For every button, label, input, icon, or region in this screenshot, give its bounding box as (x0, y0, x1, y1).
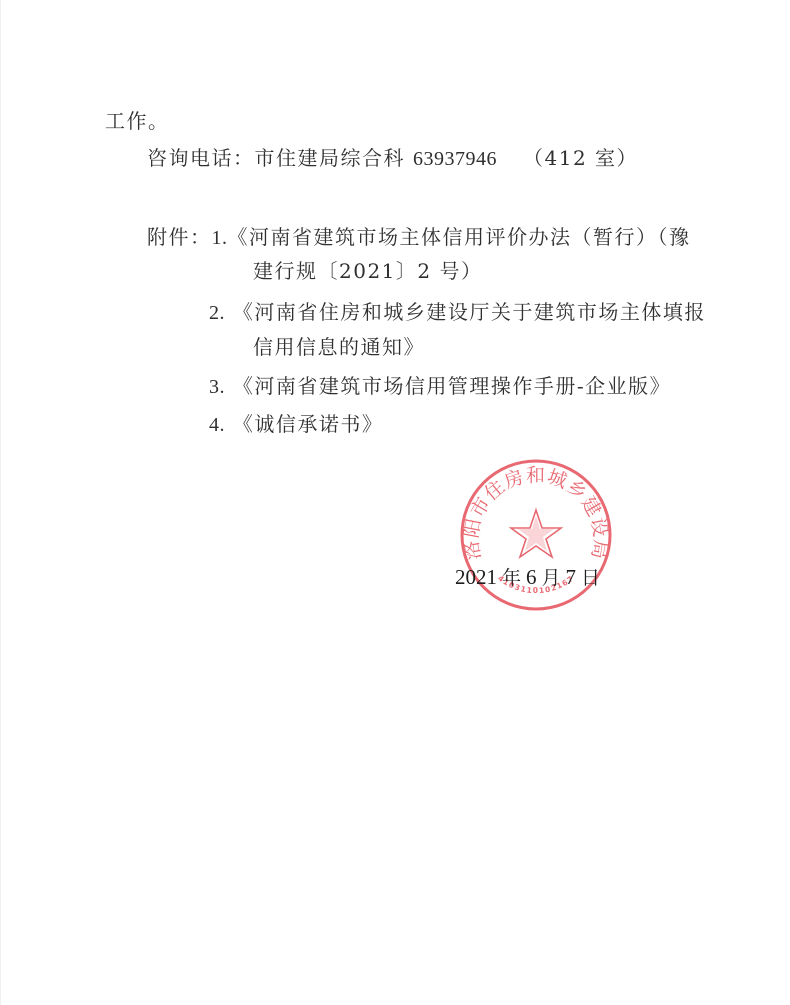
contact-phone: 63937946 (413, 148, 497, 170)
contact-line: 咨询电话：市住建局综合科63937946（412 室） (147, 146, 638, 171)
attachment-item-3: 3. 《河南省建筑市场信用管理操作手册-企业版》 (209, 374, 671, 399)
continuation-text: 工作。 (105, 109, 170, 133)
attachment-item-2: 2. 《河南省住房和城乡建设厅关于建筑市场主体填报 (209, 300, 706, 325)
attachment-title: 《河南省建筑市场主体信用评价办法（暂行）（豫 (228, 225, 691, 249)
date-day: 7 (566, 565, 577, 589)
contact-department: 市住建局综合科 (255, 146, 406, 170)
attachment-title: 《河南省建筑市场信用管理操作手册-企业版》 (233, 374, 671, 398)
document-date: 2021年6月7日 (455, 565, 605, 590)
contact-room: （412 室） (523, 146, 638, 170)
attachment-title: 《河南省住房和城乡建设厅关于建筑市场主体填报 (233, 300, 706, 324)
attachment-number: 1. (212, 227, 228, 249)
date-day-char: 日 (581, 567, 600, 589)
attachment-item-2-continued: 信用信息的通知》 (253, 335, 425, 359)
date-year: 2021 (455, 565, 497, 589)
date-year-char: 年 (502, 567, 521, 589)
attachment-item-1-continued: 建行规〔2021〕2 号） (253, 259, 482, 283)
attachment-title: 《诚信承诺书》 (233, 412, 384, 436)
contact-label: 咨询电话： (147, 146, 255, 170)
attachment-item-1: 附件：1.《河南省建筑市场主体信用评价办法（暂行）（豫 (147, 225, 691, 250)
attachment-item-4: 4. 《诚信承诺书》 (209, 412, 383, 437)
attachment-number: 4. (209, 414, 225, 436)
date-month: 6 (526, 565, 537, 589)
attachment-number: 3. (209, 376, 225, 398)
attachments-label: 附件： (147, 225, 212, 249)
document-page: 工作。 咨询电话：市住建局综合科63937946（412 室） 附件：1.《河南… (0, 0, 790, 1005)
date-month-char: 月 (542, 567, 561, 589)
attachment-number: 2. (209, 302, 225, 324)
